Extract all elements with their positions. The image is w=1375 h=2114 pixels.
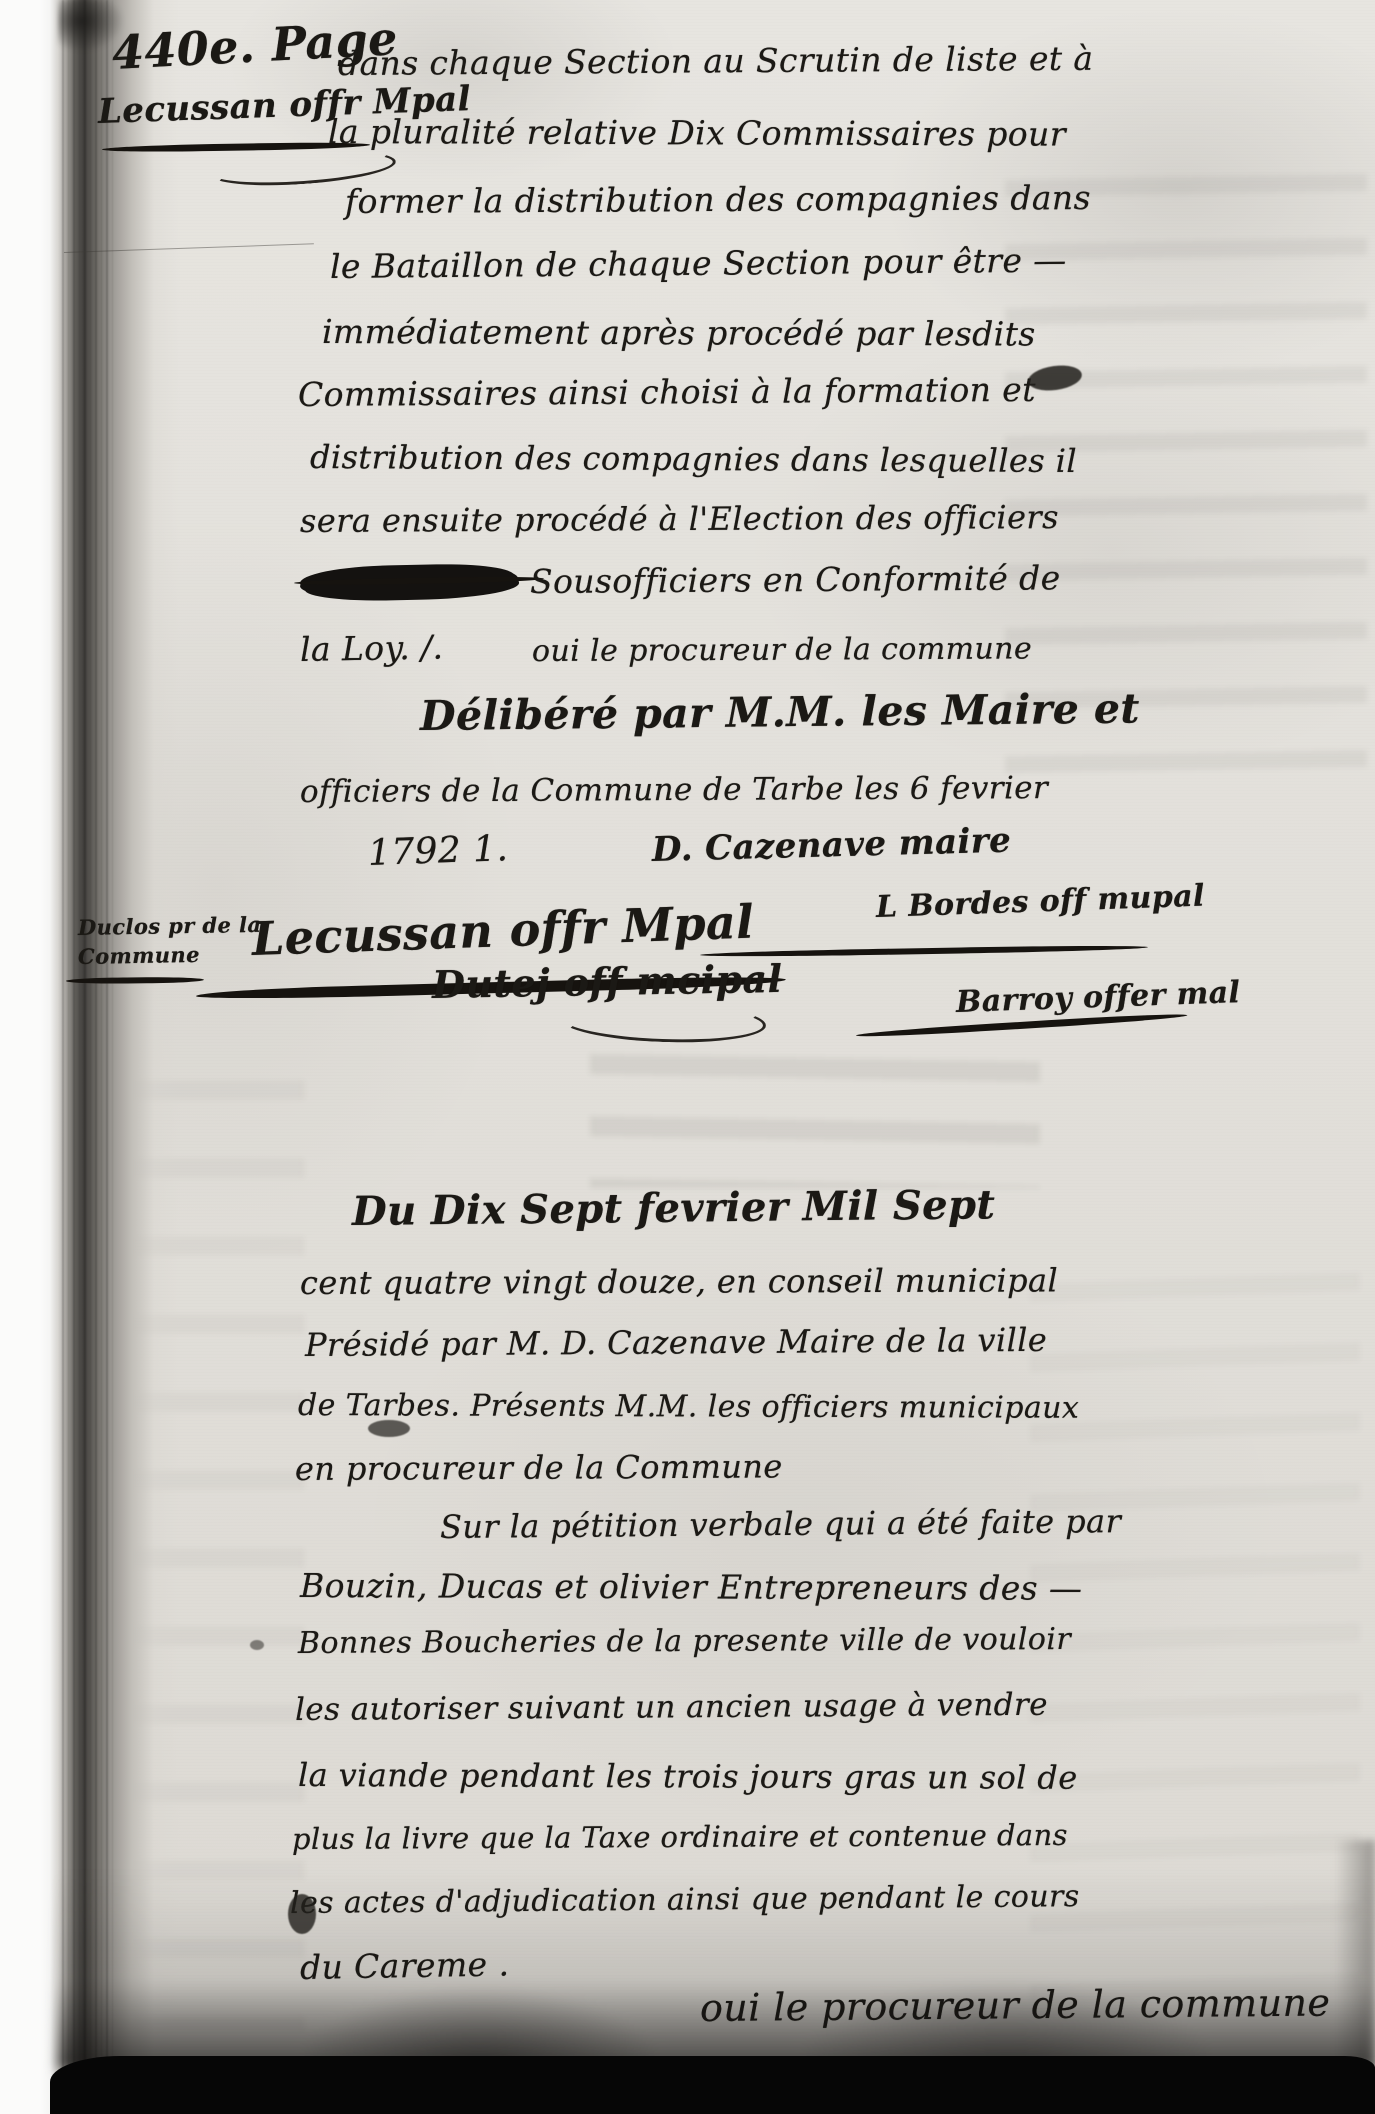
ink-blot-3 bbox=[368, 1420, 410, 1437]
entry2-line-5: en procureur de la Commune bbox=[295, 1447, 783, 1488]
entry1-line-12: officiers de la Commune de Tarbe les 6 f… bbox=[300, 770, 1048, 810]
entry2-line-10: la viande pendant les trois jours gras u… bbox=[298, 1756, 1078, 1797]
entry1-line-2: la pluralité relative Dix Commissaires p… bbox=[328, 112, 1066, 154]
entry1-line-4: le Bataillon de chaque Section pour être… bbox=[330, 241, 1067, 286]
bottom-scan-shadow bbox=[58, 1870, 1375, 2070]
ink-blot-4 bbox=[250, 1640, 264, 1650]
entry2-line-4: de Tarbes. Présents M.M. les officiers m… bbox=[298, 1388, 1079, 1426]
entry1-line-1: dans chaque Section au Scrutin de liste … bbox=[338, 39, 1094, 83]
entry2-line-11: plus la livre que la Taxe ordinaire et c… bbox=[292, 1818, 1068, 1856]
signature-dutej: Dutej off mcipal bbox=[432, 956, 783, 1007]
book-gutter-streaks bbox=[62, 0, 114, 2114]
entry2-line-3: Présidé par M. D. Cazenave Maire de la v… bbox=[305, 1321, 1047, 1364]
manuscript-scan: 440e. Page Lecussan offr Mpal dans chaqu… bbox=[0, 0, 1375, 2114]
entry1-deliberation-line: Délibéré par M.M. les Maire et bbox=[420, 684, 1140, 740]
entry2-line-2: cent quatre vingt douze, en conseil muni… bbox=[300, 1261, 1058, 1302]
margin-note-duclos-line1: Duclos pr de la bbox=[78, 912, 262, 940]
entry1-line-10b: oui le procureur de la commune bbox=[532, 631, 1032, 669]
entry1-date-year: 1792 1. bbox=[367, 828, 509, 874]
entry1-line-5: immédiatement après procédé par lesdits bbox=[322, 312, 1036, 353]
entry1-line-3: former la distribution des compagnies da… bbox=[345, 178, 1091, 221]
entry2-line-8: Bonnes Boucheries de la presente ville d… bbox=[298, 1622, 1071, 1661]
entry2-line-6: Sur la pétition verbale qui a été faite … bbox=[440, 1502, 1122, 1546]
entry2-line-7: Bouzin, Ducas et olivier Entrepreneurs d… bbox=[300, 1566, 1082, 1608]
bottom-scan-edge bbox=[50, 2056, 1375, 2114]
entry2-date-line: Du Dix Sept fevrier Mil Sept bbox=[352, 1181, 996, 1235]
entry1-line-9: Sousofficiers en Conformité de bbox=[530, 558, 1061, 601]
entry1-line-6: Commissaires ainsi choisi à la formation… bbox=[298, 370, 1036, 414]
entry1-line-8: sera ensuite procédé à l'Election des of… bbox=[300, 498, 1059, 540]
entry1-line-10a: la Loy. /. bbox=[300, 628, 444, 669]
entry1-line-7: distribution des compagnies dans lesquel… bbox=[310, 438, 1077, 480]
entry2-line-9: les autoriser suivant un ancien usage à … bbox=[295, 1687, 1048, 1728]
margin-note-duclos-line2: Commune bbox=[78, 942, 200, 969]
